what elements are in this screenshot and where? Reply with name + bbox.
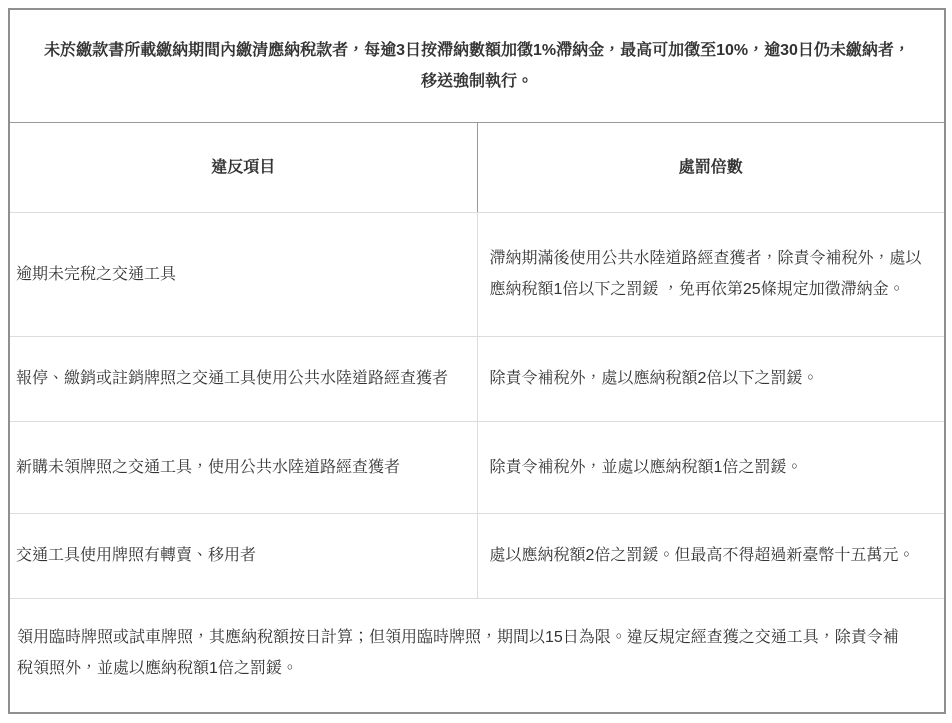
table-row: 報停、繳銷或註銷牌照之交通工具使用公共水陸道路經查獲者 除責令補稅外，處以應納稅… xyxy=(10,336,944,421)
late-payment-notice-text: 未於繳款書所載繳納期間內繳清應納稅款者，每逾3日按滯納數額加徵1%滯納金，最高可… xyxy=(37,35,917,97)
table-row: 新購未領牌照之交通工具，使用公共水陸道路經查獲者 除責令補稅外，並處以應納稅額1… xyxy=(10,421,944,513)
late-payment-notice: 未於繳款書所載繳納期間內繳清應納稅款者，每逾3日按滯納數額加徵1%滯納金，最高可… xyxy=(10,10,944,123)
penalty-table: 違反項目 處罰倍數 逾期未完稅之交通工具 滯納期滿後使用公共水陸道路經查獲者，除… xyxy=(10,123,944,599)
violation-cell: 逾期未完稅之交通工具 xyxy=(10,212,477,336)
penalty-info-panel: 未於繳款書所載繳納期間內繳清應納稅款者，每逾3日按滯納數額加徵1%滯納金，最高可… xyxy=(8,8,946,714)
temporary-plate-note: 領用臨時牌照或試車牌照，其應納稅額按日計算；但領用臨時牌照，期間以15日為限。違… xyxy=(10,599,944,708)
penalty-cell: 除責令補稅外，並處以應納稅額1倍之罰鍰。 xyxy=(477,421,944,513)
violation-cell: 報停、繳銷或註銷牌照之交通工具使用公共水陸道路經查獲者 xyxy=(10,336,477,421)
table-row: 交通工具使用牌照有轉賣、移用者 處以應納稅額2倍之罰鍰。但最高不得超過新臺幣十五… xyxy=(10,513,944,598)
column-header-violation: 違反項目 xyxy=(10,123,477,212)
table-header-row: 違反項目 處罰倍數 xyxy=(10,123,944,212)
temporary-plate-note-text: 領用臨時牌照或試車牌照，其應納稅額按日計算；但領用臨時牌照，期間以15日為限。違… xyxy=(17,622,907,684)
table-row: 逾期未完稅之交通工具 滯納期滿後使用公共水陸道路經查獲者，除責令補稅外，處以應納… xyxy=(10,212,944,336)
penalty-cell: 除責令補稅外，處以應納稅額2倍以下之罰鍰。 xyxy=(477,336,944,421)
column-header-penalty: 處罰倍數 xyxy=(477,123,944,212)
violation-cell: 交通工具使用牌照有轉賣、移用者 xyxy=(10,513,477,598)
penalty-cell: 處以應納稅額2倍之罰鍰。但最高不得超過新臺幣十五萬元。 xyxy=(477,513,944,598)
violation-cell: 新購未領牌照之交通工具，使用公共水陸道路經查獲者 xyxy=(10,421,477,513)
penalty-cell: 滯納期滿後使用公共水陸道路經查獲者，除責令補稅外，處以應納稅額1倍以下之罰鍰 ，… xyxy=(477,212,944,336)
